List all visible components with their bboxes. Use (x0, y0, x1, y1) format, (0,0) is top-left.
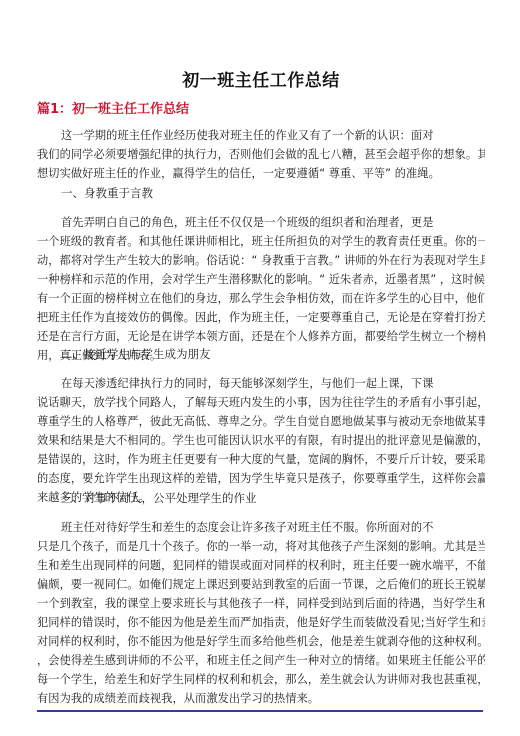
intro-paragraph: 这一学期的班主任作业经历使我对班主任的作业又有了一个新的认识：面对 我们的同学必… (37, 126, 485, 183)
paragraph-line: 对同样的权利时，你不能因为他是好学生而多给他些机会，他是差生就剥夺他的这种权利。… (37, 632, 485, 651)
paragraph-line: 有一个正面的榜样树立在他们的身边，那么学生会争相仿效，而在许多学生的心目中，他们… (37, 289, 485, 308)
paragraph-line: 在每天渗透纪律执行力的同时，每天能够深刻学生，与他们一起上课，下课 (37, 374, 485, 393)
section-heading: 篇1：初一班主任工作总结 (37, 98, 189, 117)
paragraph-line: 把班主任作为直接效仿的偶像。因此，作为班主任，一定要尊重自己，无论是在穿着打扮方… (37, 308, 485, 327)
sub-heading-2: 二、接近学生与学生成为朋友 (61, 346, 211, 362)
paragraph-line: 一种榜样和示范的作用，会对学生产生潜移默化的影响。“ 近朱者赤，近墨者黑” ，这… (37, 270, 485, 289)
section-2-paragraph: 在每天渗透纪律执行力的同时，每天能够深刻学生，与他们一起上课，下课 说话聊天，放… (37, 374, 485, 507)
paragraph-line: 犯同样的错误时，你不能因为他是差生而严加指责，他是好学生而装做没看见;当好学生和… (37, 613, 485, 632)
paragraph-line: 生和差生出现同样的问题，犯同样的错误或面对同样的权利时，班主任要一碗水端平，不能… (37, 556, 485, 575)
paragraph-line: 有因为我的成绩差而歧视我，从而激发出学习的热情来。 (37, 689, 485, 708)
paragraph-line: 一个班级的教育者。和其他任课讲师相比，班主任所担负的对学生的教育责任更重。你的一… (37, 232, 485, 251)
sub-heading-1: 一、身教重于言教 (61, 185, 153, 201)
paragraph-line: 首先弄明白自己的角色，班主任不仅仅是一个班级的组织者和治理者，更是 (37, 213, 485, 232)
paragraph-line: 效果和结果是大不相同的。学生也可能因认识水平的有限，有时提出的批评意见是偏激的，… (37, 431, 485, 450)
paragraph-line: 只是几个孩子，而是几十个孩子。你的一举一动，将对其他孩子产生深刻的影响。尤其是当… (37, 537, 485, 556)
paragraph-line: 偏颇，要一视同仁。如俺们规定上课迟到要站到教室的后面一节课，之后俺们的班长王锐敏… (37, 575, 485, 594)
paragraph-line: 这一学期的班主任作业经历使我对班主任的作业又有了一个新的认识：面对 (37, 126, 485, 145)
paragraph-line: 说话聊天，放学找个同路人，了解每天班内发生的小事，因为往往学生的矛盾有小事引起，… (37, 393, 485, 412)
paragraph-line: 的态度，要允许学生出现这样的差错，因为学生毕竟只是孩子，你要尊重学生，这样你会赢… (37, 469, 485, 488)
document-title: 初一班主任工作总结 (37, 66, 485, 91)
sub-heading-3: 三、对事不对人，公平处理学生的作业 (61, 490, 257, 506)
paragraph-line: 一个到教室，我的课堂上要求班长与其他孩子一样，同样受到站到后面的待遇，当好学生和… (37, 594, 485, 613)
paragraph-line: 想切实做好班主任的作业，赢得学生的信任，一定要遵循“ 尊重、平等” 的准绳。 (37, 164, 485, 183)
footer-divider (37, 710, 483, 712)
paragraph-line: 是错误的，这时，作为班主任更要有一种大度的气量，宽阔的胸怀，不要斤斤计较，要采取… (37, 450, 485, 469)
section-3-paragraph: 班主任对待好学生和差生的态度会让许多孩子对班主任不服。你所面对的不 只是几个孩子… (37, 518, 485, 708)
paragraph-line: 还是在言行方面，无论是在讲学本领方面，还是在个人修养方面，都要给学生树立一个榜样… (37, 327, 485, 346)
paragraph-line: 每一个学生，给差生和好学生同样的权利和机会，那么，差生就会认为讲师对我也甚重视，… (37, 670, 485, 689)
paragraph-line: 动，都将对学生产生较大的影响。俗话说：“ 身教重于言教。” 讲师的外在行为表现对… (37, 251, 485, 270)
paragraph-line: 我们的同学必须要增强纪律的执行力，否则他们会做的乱七八糟，甚至会超乎你的想象。其… (37, 145, 485, 164)
section-1-paragraph: 首先弄明白自己的角色，班主任不仅仅是一个班级的组织者和治理者，更是 一个班级的教… (37, 213, 485, 365)
paragraph-line: 班主任对待好学生和差生的态度会让许多孩子对班主任不服。你所面对的不 (37, 518, 485, 537)
paragraph-line: ，会使得差生感到讲师的不公平，和班主任之间产生一种对立的情绪。如果班主任能公平的… (37, 651, 485, 670)
paragraph-line: 尊重学生的人格尊严，彼此无高低、尊卑之分。学生自觉自愿地做某事与被动无奈地做某事… (37, 412, 485, 431)
